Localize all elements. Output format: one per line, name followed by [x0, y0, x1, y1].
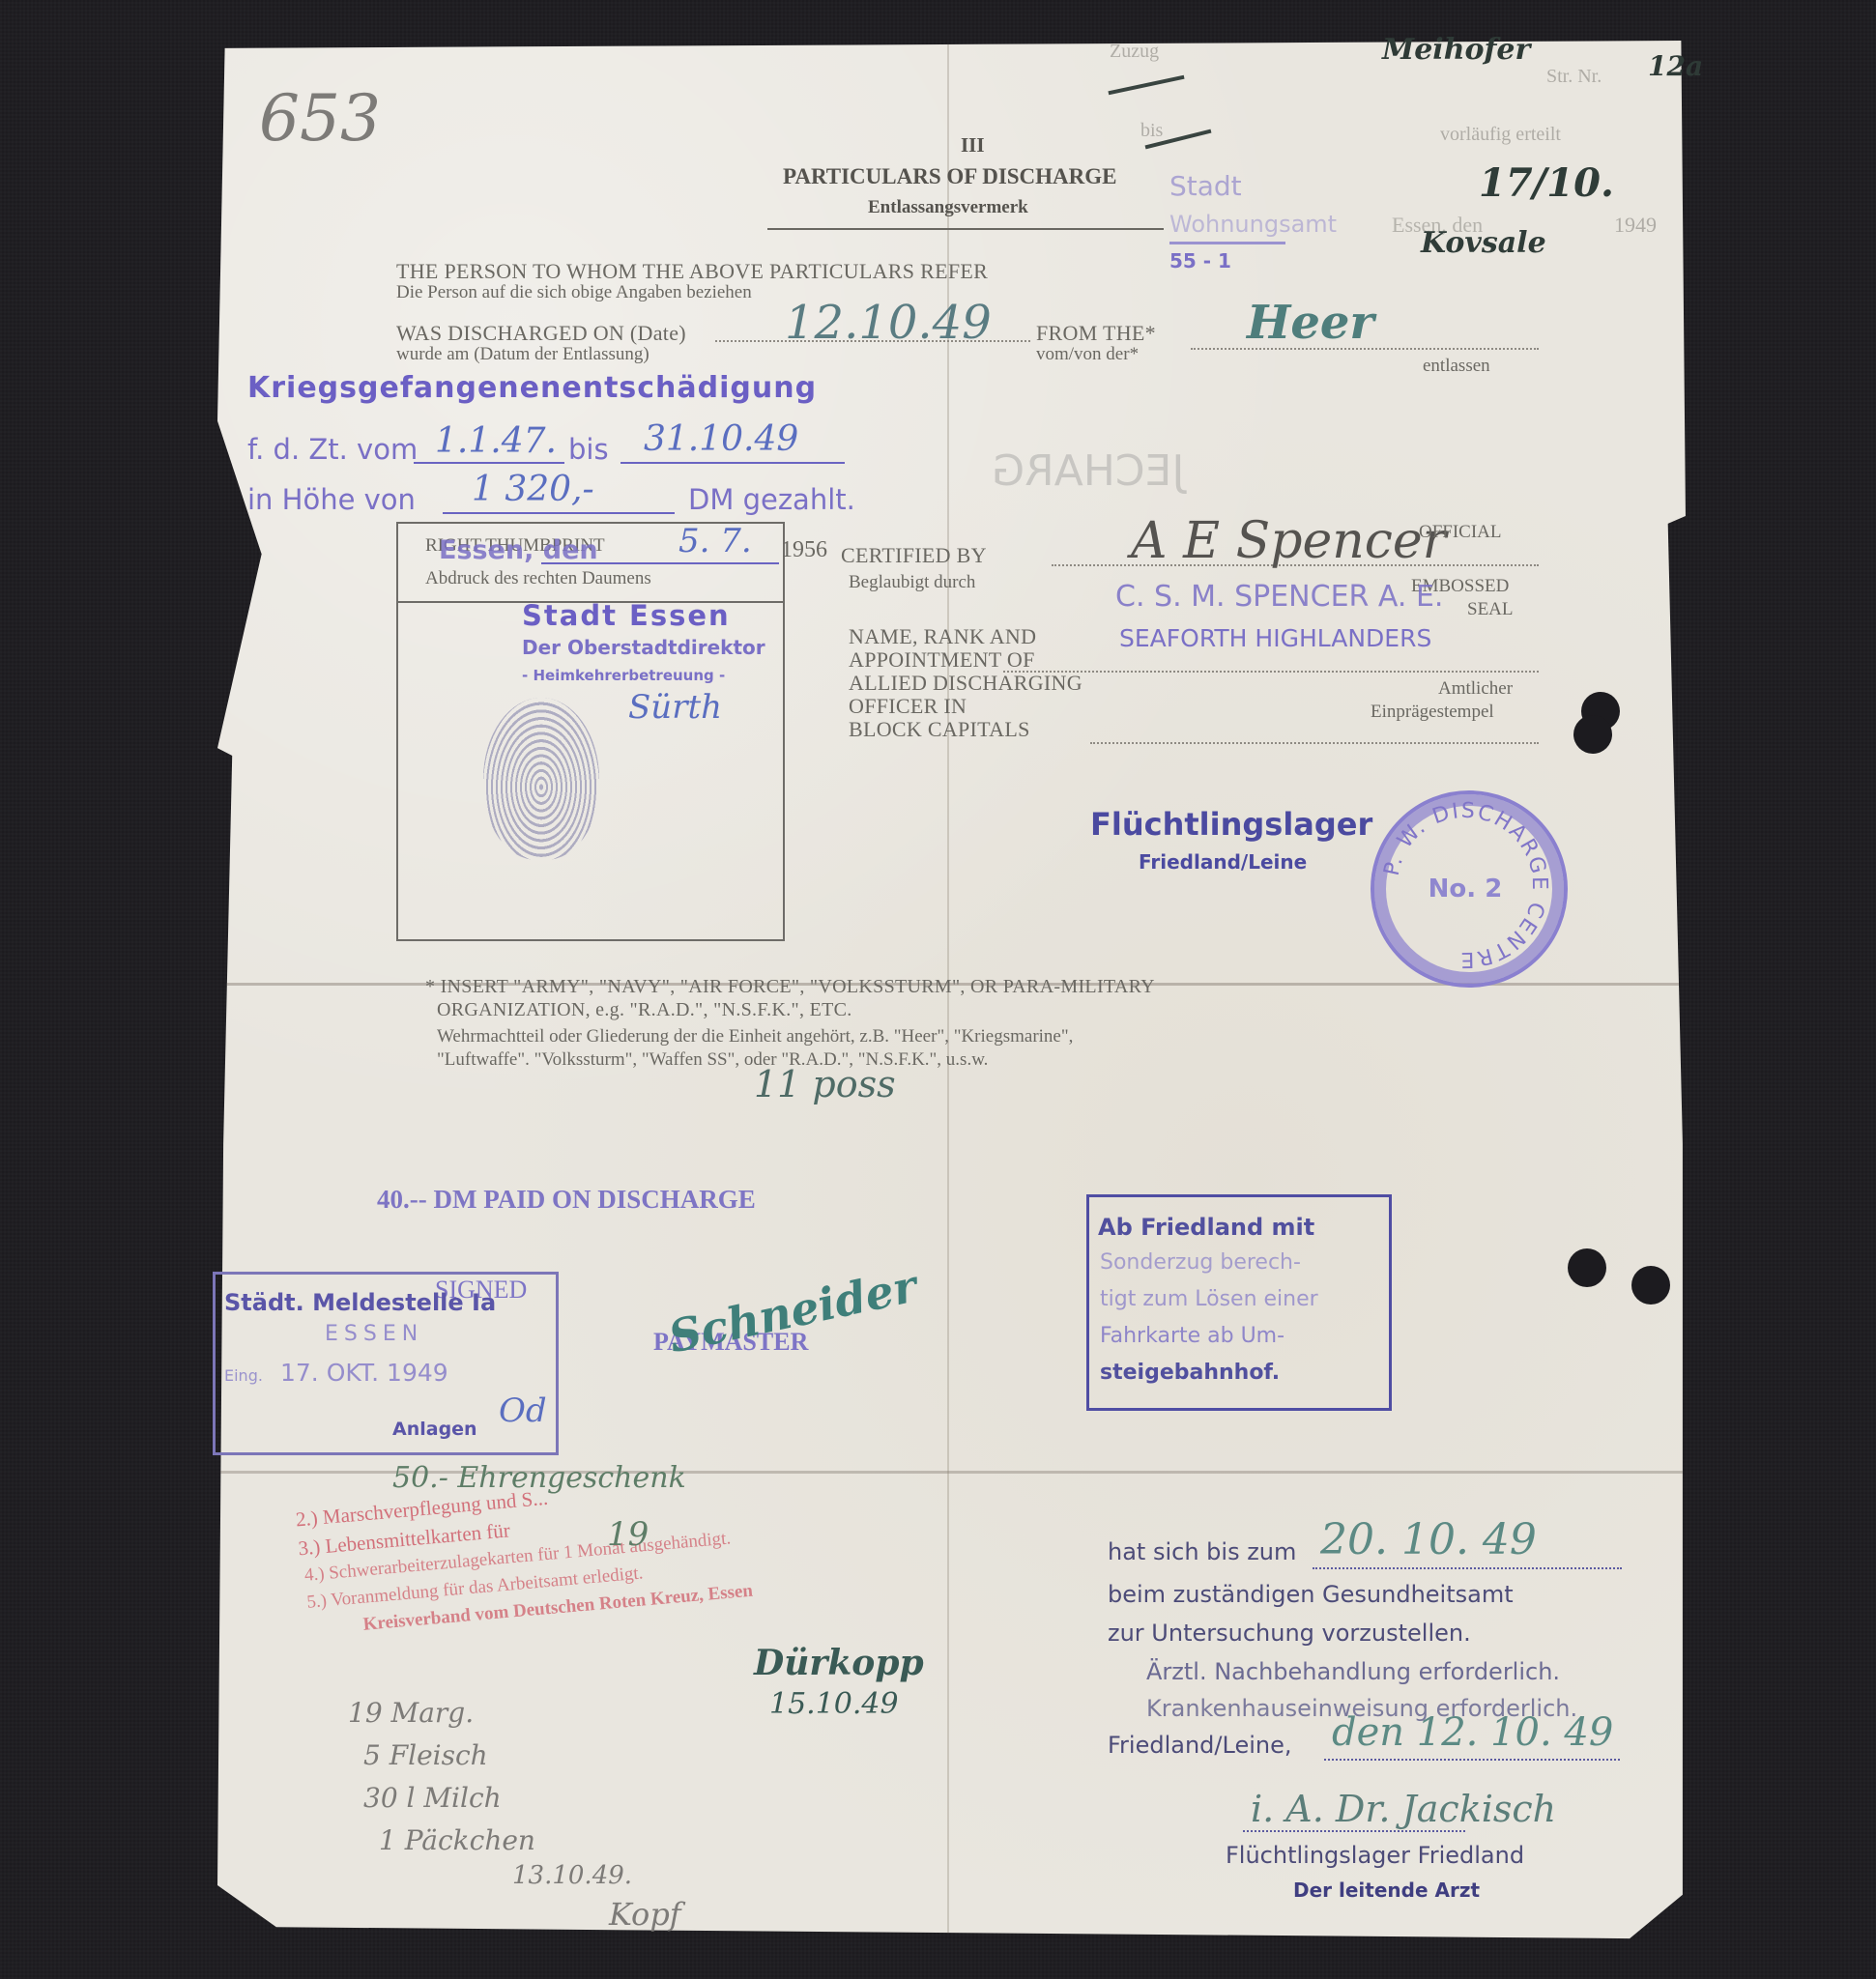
provisional-label: vorläufig erteilt	[1440, 124, 1561, 146]
officer-label-line-3: ALLIED DISCHARGING	[849, 671, 1082, 696]
from-the-label-de: vom/von der*	[1036, 344, 1139, 365]
meldestelle-date: 17. OKT. 1949	[280, 1359, 448, 1387]
footnote-handwritten-mark: 11 poss	[754, 1063, 896, 1105]
officer-dots-1	[1003, 671, 1539, 673]
transport-line-5: steigebahnhof.	[1100, 1361, 1280, 1385]
transport-line-1: Ab Friedland mit	[1098, 1214, 1314, 1241]
officer-label-line-5: BLOCK CAPITALS	[849, 717, 1030, 742]
meldestelle-anlagen: Anlagen	[392, 1419, 477, 1440]
doctor-signature: i. A. Dr. Jackisch	[1251, 1788, 1556, 1830]
health-date-dots	[1313, 1567, 1622, 1569]
seal-label: SEAL	[1467, 599, 1514, 620]
amount-prefix: in Höhe von	[247, 483, 416, 516]
stamp-underline	[1169, 242, 1285, 244]
health-line-3: zur Untersuchung vorzustellen.	[1108, 1620, 1471, 1647]
stadt-essen-stamp: Stadt Essen	[522, 599, 731, 632]
meldestelle-line-2: ESSEN	[325, 1322, 423, 1346]
friedland-camp-stamp: Flüchtlingslager	[1090, 806, 1372, 843]
health-line-1-prefix: hat sich bis zum	[1108, 1538, 1296, 1565]
period-mid-label: bis	[568, 433, 609, 466]
certified-by-label: CERTIFIED BY	[841, 543, 987, 568]
svg-text:No. 2: No. 2	[1429, 875, 1503, 903]
pencil-note-date: 13.10.49.	[512, 1861, 632, 1890]
pencil-note-4: 1 Päckchen	[379, 1824, 535, 1856]
transport-line-3: tigt zum Lösen einer	[1100, 1287, 1318, 1311]
discharge-centre-seal-text: P. W. DISCHARGE CENTRE No. 2	[1371, 790, 1560, 980]
footnote-line-4: "Luftwaffe". "Volkssturm", "Waffen SS", …	[437, 1049, 988, 1071]
essen-year: 1956	[781, 537, 827, 563]
meldestelle-line-1: Städt. Meldestelle Ia	[224, 1289, 496, 1316]
period-to-line	[621, 462, 845, 464]
footnote-line-2: ORGANIZATION, e.g. "R.A.D.", "N.S.F.K.",…	[437, 999, 852, 1021]
from-the-label: FROM THE*	[1036, 321, 1156, 346]
person-line-en: THE PERSON TO WHOM THE ABOVE PARTICULARS…	[396, 259, 988, 284]
doctor-signature-dots	[1243, 1830, 1465, 1832]
health-place-prefix: Friedland/Leine,	[1108, 1732, 1292, 1759]
officer-label-line-1: NAME, RANK AND	[849, 624, 1036, 649]
compensation-stamp-title: Kriegsgefangenenentschädigung	[247, 371, 817, 405]
officer-dots-2	[1090, 742, 1539, 744]
page-title: PARTICULARS OF DISCHARGE	[783, 164, 1117, 189]
amtlicher-label: Amtlicher	[1438, 678, 1513, 700]
mirrored-stamp: JECHARG	[992, 446, 1184, 496]
ration-days-handwritten: 19	[607, 1515, 649, 1554]
essen-den-stamp: Essen, den	[439, 535, 598, 565]
amount-line	[443, 512, 675, 514]
oberstadtdirektor-stamp: Der Oberstadtdirektor	[522, 636, 765, 659]
health-stamp: hat sich bis zum 20. 10. 49 beim zuständ…	[1108, 1527, 1688, 1913]
officer-name-stamp: C. S. M. SPENCER A. E.	[1115, 580, 1443, 614]
punch-hole	[1573, 715, 1612, 754]
transport-line-4: Fahrkarte ab Um-	[1100, 1324, 1284, 1348]
strike-mark	[1108, 75, 1184, 96]
discharged-on-label-de: wurde am (Datum der Entlassung)	[396, 344, 649, 365]
footnote-line-1: * INSERT "ARMY", "NAVY", "AIR FORCE", "V…	[425, 976, 1155, 998]
person-line-de: Die Person auf die sich obige Angaben be…	[396, 282, 752, 303]
heimkehrer-stamp: - Heimkehrerbetreuung -	[522, 667, 725, 684]
footnote-line-3: Wehrmachtteil oder Gliederung der die Ei…	[437, 1026, 1073, 1047]
surth-signature: Sürth	[628, 688, 722, 727]
zuzug-label: Zuzug	[1110, 41, 1159, 63]
handwritten-number: 653	[259, 81, 381, 156]
thumbprint-image	[483, 698, 599, 860]
wohnungsamt-stamp: Wohnungsamt	[1169, 211, 1337, 238]
health-line-4: Ärztl. Nachbehandlung erforderlich.	[1146, 1658, 1560, 1685]
from-the-value: Heer	[1247, 296, 1374, 350]
signature-handwritten: Kovsale	[1421, 226, 1546, 260]
health-place-dots	[1324, 1759, 1620, 1761]
year-label: 1949	[1614, 213, 1657, 238]
health-footer-1: Flüchtlingslager Friedland	[1226, 1842, 1524, 1869]
discharged-on-label: WAS DISCHARGED ON (Date)	[396, 321, 686, 346]
period-from-line	[414, 462, 564, 464]
date-handwritten: 17/10.	[1479, 160, 1614, 206]
paid-on-discharge-stamp: 40.-- DM PAID ON DISCHARGE	[377, 1185, 756, 1215]
officer-signature: A E Spencer	[1131, 512, 1447, 570]
essen-date-line	[541, 562, 779, 564]
health-footer-2: Der leitende Arzt	[1293, 1879, 1480, 1902]
punch-hole	[1568, 1248, 1606, 1287]
entlassen-label: entlassen	[1423, 356, 1490, 377]
transport-line-2: Sonderzug berech-	[1100, 1250, 1301, 1275]
bis-label: bis	[1140, 120, 1163, 142]
health-line-2: beim zuständigen Gesundheitsamt	[1108, 1581, 1514, 1608]
pencil-note-1: 19 Marg.	[348, 1697, 474, 1729]
housing-stamp: Zuzug Meihofer Str. Nr. 12a bis vorläufi…	[1102, 37, 1682, 278]
essen-date-value: 5. 7.	[678, 522, 752, 560]
amount-suffix: DM gezahlt.	[688, 483, 855, 516]
friedland-leine-stamp: Friedland/Leine	[1139, 850, 1307, 874]
official-label: OFFICIAL	[1419, 522, 1502, 543]
einpraegestempel-label: Einprägestempel	[1371, 702, 1494, 723]
officer-label-line-2: APPOINTMENT OF	[849, 647, 1035, 673]
amount-value: 1 320,-	[472, 470, 594, 509]
name-handwritten: Meihofer	[1382, 33, 1530, 67]
period-from-value: 1.1.47.	[435, 421, 557, 461]
stamp-code: 55 - 1	[1169, 249, 1231, 272]
thumbprint-label-de: Abdruck des rechten Daumens	[425, 568, 651, 589]
officer-label-line-4: OFFICER IN	[849, 694, 967, 719]
street-number-handwritten: 12a	[1648, 50, 1703, 82]
red-cross-signature: Dürkopp	[754, 1643, 924, 1683]
stadt-stamp: Stadt	[1169, 170, 1242, 202]
meldestelle-eing-label: Eing.	[224, 1366, 263, 1385]
period-to-value: 31.10.49	[644, 419, 798, 459]
street-number-label: Str. Nr.	[1546, 66, 1602, 88]
certified-by-label-de: Beglaubigt durch	[849, 572, 975, 593]
section-number: III	[961, 133, 985, 158]
red-cross-signature-date: 15.10.49	[769, 1687, 899, 1721]
discharged-on-value: 12.10.49	[785, 296, 992, 350]
page-title-german: Entlassangsvermerk	[868, 197, 1028, 218]
meldestelle-initial: Od	[499, 1391, 547, 1430]
health-deadline-value: 20. 10. 49	[1320, 1515, 1537, 1564]
officer-regiment-stamp: SEAFORTH HIGHLANDERS	[1119, 624, 1431, 652]
health-place-date: den 12. 10. 49	[1332, 1710, 1613, 1755]
pencil-note-3: 30 l Milch	[363, 1782, 502, 1814]
compensation-period-prefix: f. d. Zt. vom	[247, 433, 418, 466]
pencil-note-2: 5 Fleisch	[363, 1739, 488, 1771]
punch-hole	[1631, 1266, 1670, 1305]
pencil-note-signature: Kopf	[609, 1896, 681, 1933]
